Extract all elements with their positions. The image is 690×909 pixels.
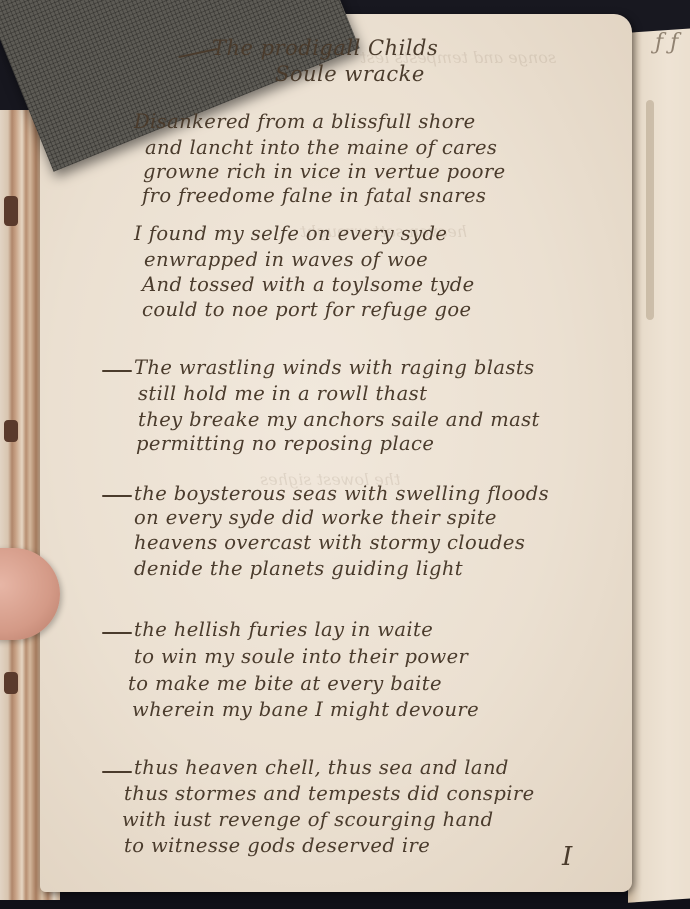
- bleed-through-text: the lowest sighes: [260, 470, 400, 489]
- binding-hole: [4, 196, 18, 226]
- binding-hole: [4, 672, 18, 694]
- manuscript-photo: ƒ ƒ songe and tempests lest heaven sett …: [0, 0, 690, 909]
- bleed-through-text: songe and tempests lest: [360, 48, 556, 67]
- binding-hole: [4, 420, 18, 442]
- gutter-stain: [646, 100, 654, 320]
- bleed-through-text: heaven sett wrought: [300, 222, 467, 241]
- facing-page: [628, 27, 690, 903]
- facing-page-marks: ƒ ƒ: [655, 30, 678, 55]
- manuscript-page: [40, 14, 632, 892]
